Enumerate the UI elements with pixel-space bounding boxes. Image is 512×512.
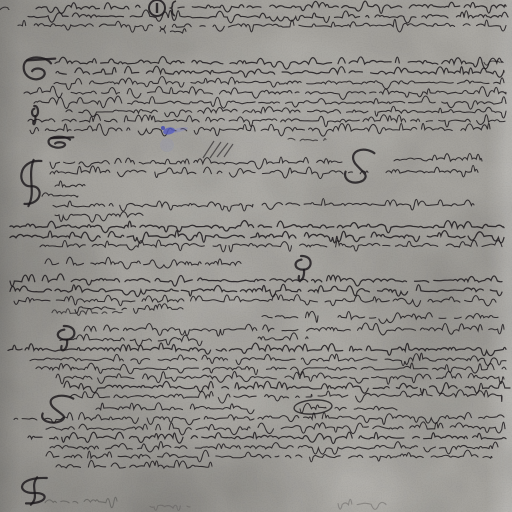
handwriting-layer [0,0,512,512]
paper-grain-texture [0,0,512,512]
manuscript-scan [0,0,512,512]
